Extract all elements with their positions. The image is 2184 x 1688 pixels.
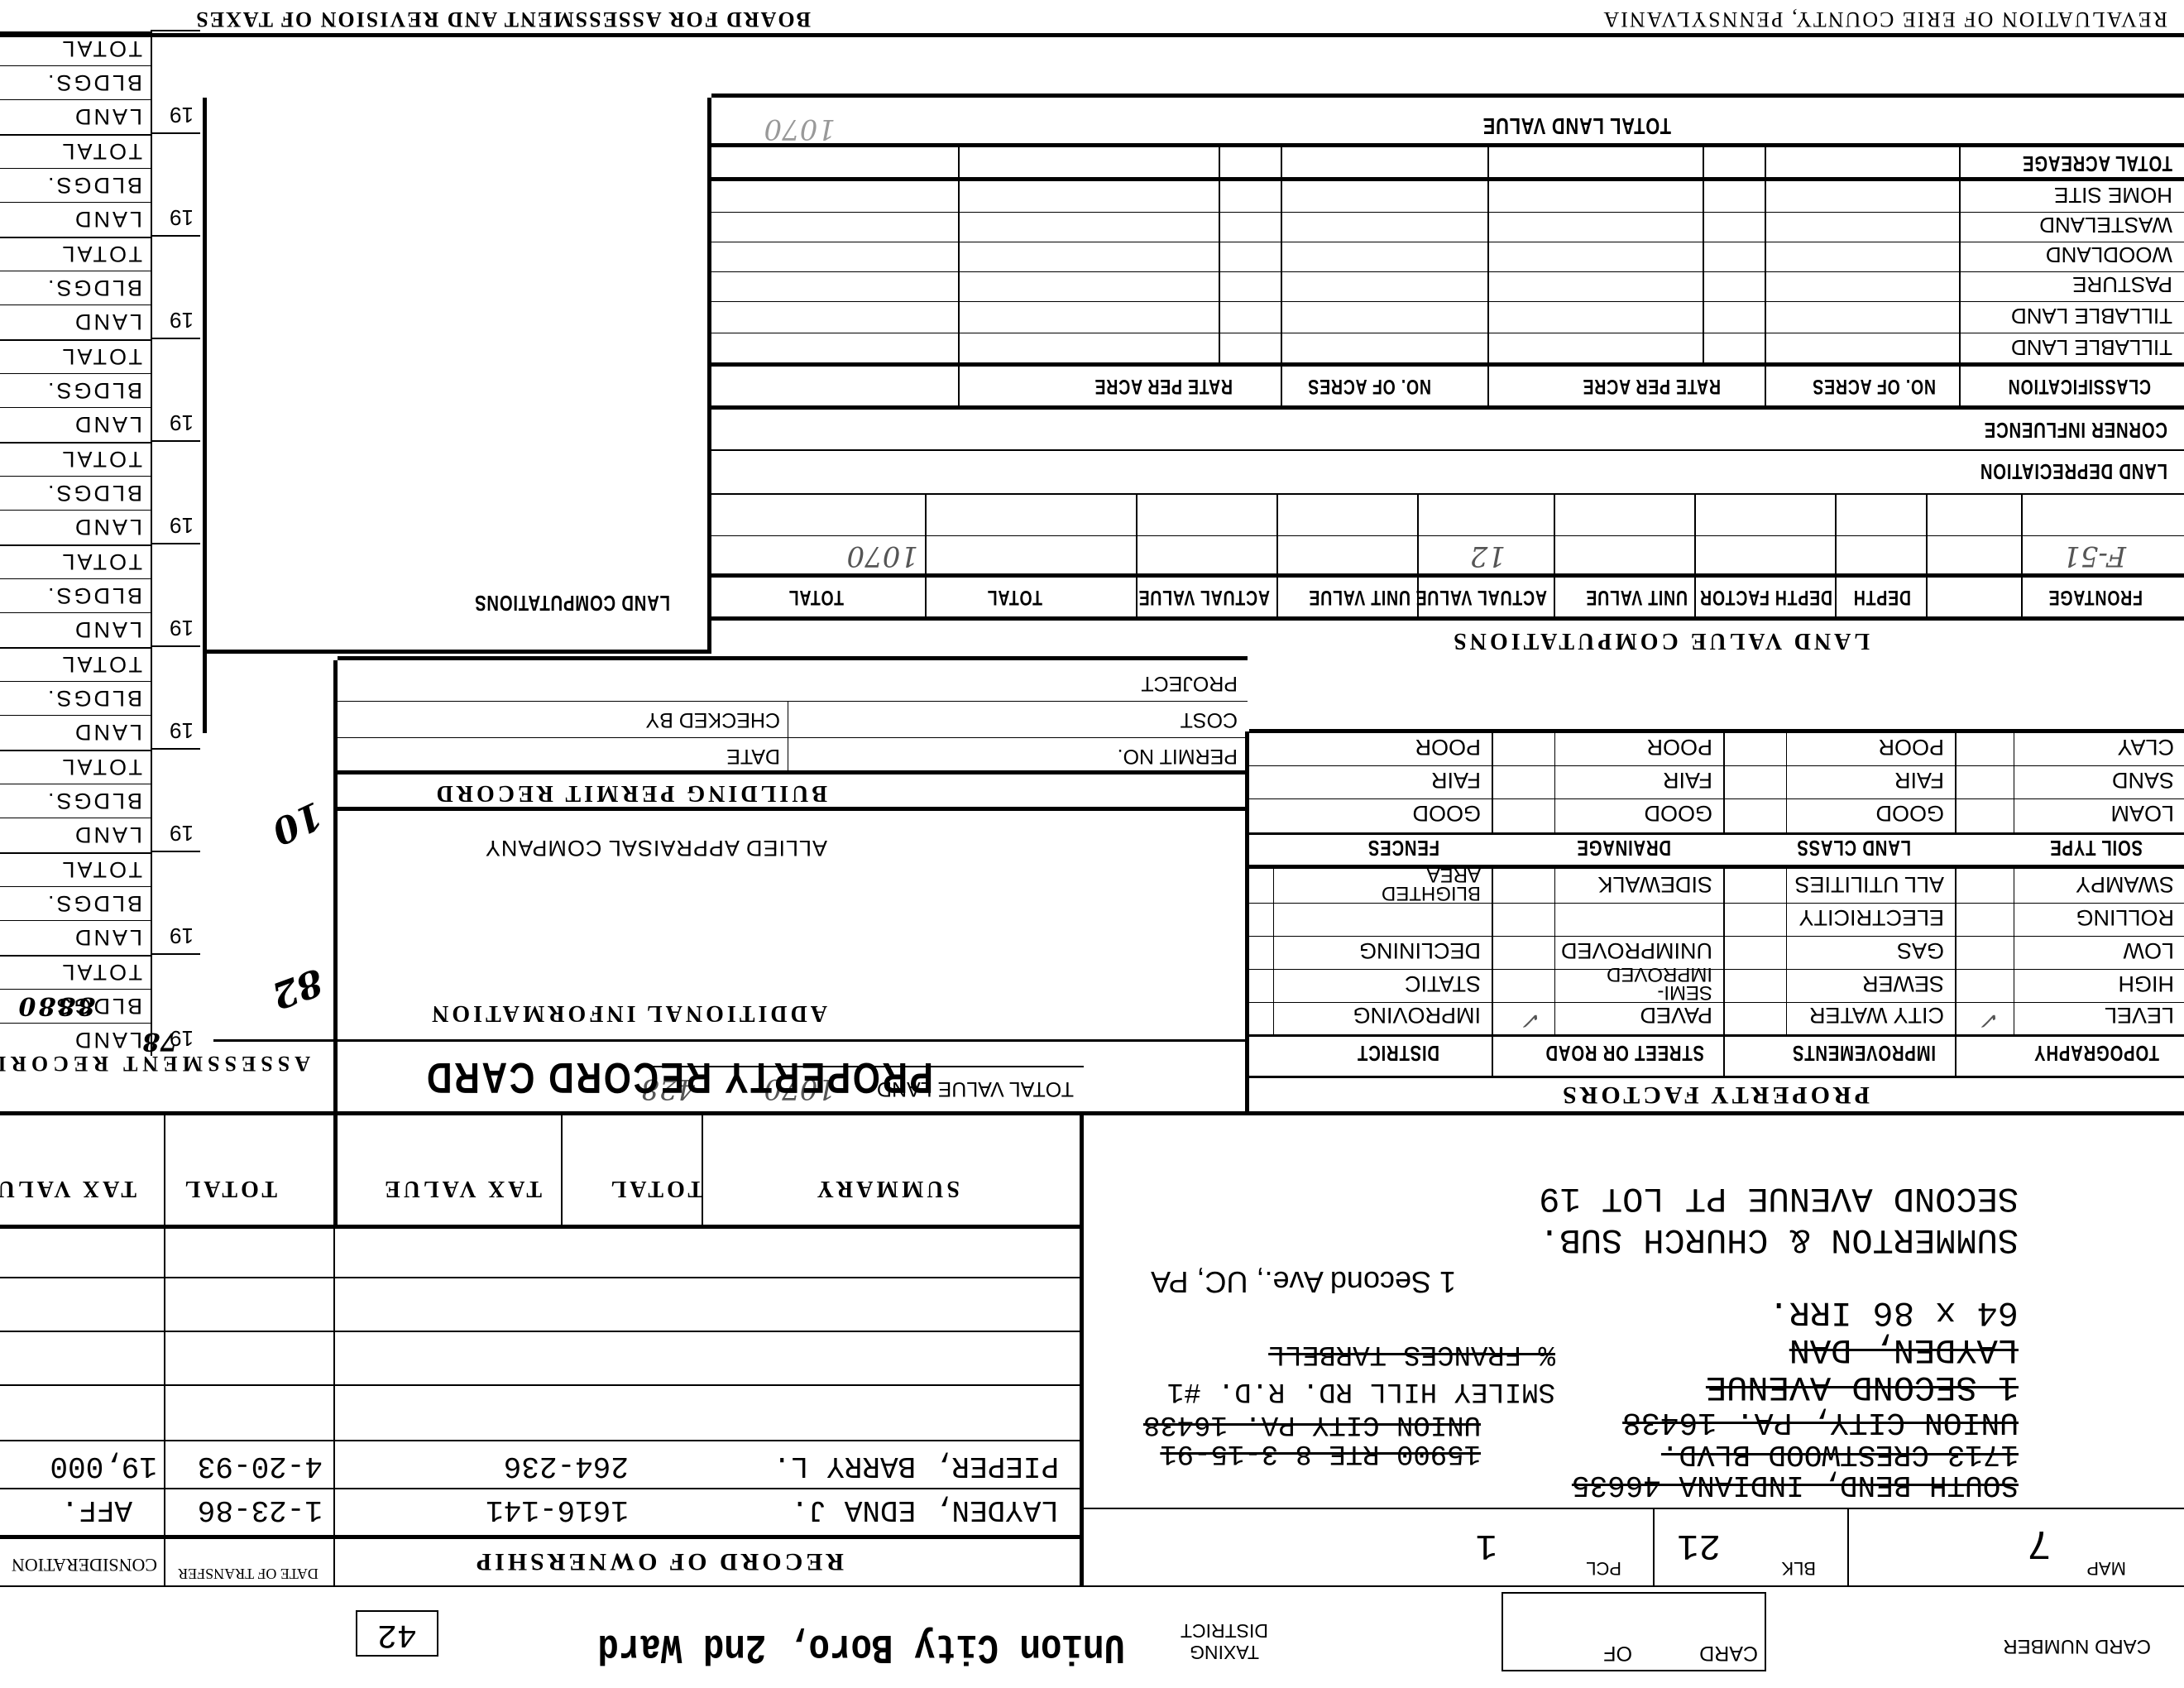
assessment-row: LAND — [0, 920, 151, 953]
assessment-row: LAND — [0, 818, 151, 851]
check-mark-paved: ✓ — [1523, 1007, 1542, 1034]
factor-level[interactable]: LEVEL — [2105, 1002, 2174, 1028]
check-mark-level: ✓ — [1981, 1007, 2000, 1034]
margin-note-82: 82 — [266, 960, 328, 1017]
assessment-row: BLDGS. — [0, 681, 151, 714]
owner-name-line: LAYDEN, DAN — [1789, 1330, 2019, 1369]
year-cell: 19 — [151, 748, 200, 851]
parcel-row: MAP 7 BLK 21 PCL 1 — [1084, 1509, 2184, 1585]
consideration-header: CONSIDERATION — [12, 1554, 157, 1575]
board-header: BOARD FOR ASSESSMENT AND REVISION OF TAX… — [194, 7, 811, 31]
assessment-row: TOTAL — [0, 237, 151, 270]
additional-information-label: ADDITIONAL INFORMATION — [429, 1000, 827, 1026]
factor-city-water[interactable]: CITY WATER — [1809, 1002, 1944, 1028]
permit-project-field[interactable]: PROJECT — [1141, 671, 1238, 695]
lot-size: 64 x 86 IRR. — [1769, 1292, 2019, 1332]
alt-city-line: UNION CITY PA. 16438 — [1143, 1408, 1481, 1440]
assessment-row: TOTAL — [0, 750, 151, 783]
assessment-row: LAND — [0, 99, 151, 132]
owner-row-2-date: 4-20-93 — [198, 1449, 323, 1483]
acreage-total: TOTAL ACREAGE — [2022, 151, 2172, 176]
year-cell: 19 78 — [151, 953, 200, 1056]
assessment-row: BLDGS. — [0, 373, 151, 406]
factor-blighted-area[interactable]: BLIGHTED AREA — [1332, 866, 1481, 902]
factor-low[interactable]: LOW — [2123, 938, 2174, 963]
assessment-row: LAND — [0, 510, 151, 543]
blk-label: BLK — [1781, 1557, 1816, 1579]
owner-row-1-date: 1-23-86 — [198, 1493, 323, 1527]
land-depreciation-label: LAND DEPRECIATION — [1980, 458, 2167, 484]
assessment-row: BLDGS. — [0, 476, 151, 509]
factor-improving[interactable]: IMPROVING — [1353, 1002, 1481, 1028]
soil-header: SOIL TYPE LAND CLASS DRAINAGE FENCES — [1249, 832, 2184, 867]
of-label: OF — [1603, 1641, 1632, 1665]
situs-address: 1 Second Ave., UC, PA — [1151, 1264, 1456, 1299]
property-record-card-title-bar: PROPERTY RECORD CARD — [213, 1039, 1248, 1114]
assessment-row: TOTAL — [0, 852, 151, 885]
map-value: 7 — [2027, 1518, 2052, 1566]
acreage-header: CLASSIFICATION NO. OF ACRES RATE PER ACR… — [711, 367, 2184, 408]
acreage-woodland: WOODLAND — [2046, 242, 2172, 267]
owner-row-2-book: 264-236 — [504, 1449, 629, 1483]
year-cell: 19 — [151, 543, 200, 645]
assessment-groups: 19LANDBLDGS.TOTAL19LANDBLDGS.TOTAL19LAND… — [0, 26, 200, 953]
factor-sewer[interactable]: SEWER — [1862, 971, 1944, 996]
factor-semi-improved[interactable]: SEMI-IMPROVED — [1555, 965, 1712, 1001]
year-cell: 19 — [151, 338, 200, 440]
property-record-card-title: PROPERTY RECORD CARD — [424, 1053, 933, 1102]
factor-static[interactable]: STATIC — [1405, 971, 1481, 996]
card-number-label: CARD NUMBER — [2003, 1635, 2151, 1657]
assessment-row: TOTAL — [0, 339, 151, 372]
land-class-good[interactable]: GOOD — [1875, 800, 1944, 826]
pcl-value: 1 — [1476, 1524, 1497, 1566]
owner-row-1-consideration: AFF. — [61, 1493, 132, 1527]
drainage-fair[interactable]: FAIR — [1663, 767, 1712, 793]
building-permit-title: BUILDING PERMIT RECORD — [433, 779, 827, 806]
permit-cost-field[interactable]: COST — [1181, 707, 1238, 731]
soil-loam[interactable]: LOAM — [2110, 800, 2174, 826]
assessment-row: TOTAL — [0, 442, 151, 475]
permit-no-field[interactable]: PERMIT NO. — [1118, 744, 1238, 768]
land-value-header: FRONTAGE DEPTH DEPTH FACTOR UNIT VALUE A… — [711, 578, 2184, 619]
assessment-row: LAND — [0, 305, 151, 338]
land-total-value[interactable]: 1070 — [846, 539, 918, 573]
card-label: CARD — [1699, 1641, 1758, 1665]
summary-tax-value-header-2: TAX VALUE — [0, 1175, 136, 1201]
taxing-district-value: Union City Boro, 2nd Ward — [597, 1623, 1125, 1670]
factor-rolling[interactable]: ROLLING — [2076, 904, 2174, 930]
assessment-row: LAND — [0, 612, 151, 645]
assessment-row: BLDGS. — [0, 886, 151, 919]
factor-high[interactable]: HIGH — [2119, 971, 2175, 996]
divider — [0, 1585, 2184, 1587]
taxing-district-label: TAXING DISTRICT — [1175, 1620, 1274, 1663]
factor-all-utilities[interactable]: ALL UTILITIES — [1794, 871, 1944, 897]
land-computations-label: LAND COMPUTATIONS — [474, 590, 670, 616]
owner-old-city: SOUTH BEND, INDIANA 46635 — [1572, 1468, 2019, 1502]
factor-swampy[interactable]: SWAMPY — [2076, 871, 2174, 897]
fences-fair[interactable]: FAIR — [1431, 767, 1481, 793]
factor-electricity[interactable]: ELECTRICITY — [1798, 904, 1944, 930]
property-factors-title-bar: PROPERTY FACTORS — [1249, 1076, 2184, 1114]
blk-value: 21 — [1677, 1524, 1721, 1566]
drainage-good[interactable]: GOOD — [1644, 800, 1712, 826]
owner-street-line: 1 SECOND AVENUE — [1706, 1367, 2019, 1407]
alt-rte-line: 15900 RTE 8 3-15-91 — [1160, 1437, 1481, 1469]
actual-value-1[interactable]: 12 — [1470, 539, 1506, 573]
appraiser-name: ALLIED APPRAISAL COMPANY — [485, 835, 827, 861]
rd-line: SMILEY HILL RD. R.D. #1 — [1167, 1375, 1555, 1407]
owner-old-street: 1713 CRESTWOOD BLVD. — [1661, 1437, 2019, 1471]
assessment-row: TOTAL — [0, 134, 151, 167]
fences-good[interactable]: GOOD — [1412, 800, 1481, 826]
building-permit-grid: PERMIT NO. DATE COST CHECKED BY PROJECT — [338, 657, 1248, 773]
acreage-wasteland: WASTELAND — [2039, 212, 2172, 237]
record-of-ownership-title: RECORD OF OWNERSHIP — [473, 1547, 844, 1575]
assessment-row: LAND — [0, 715, 151, 748]
property-factors-grid: LEVEL CITY WATER PAVED IMPROVING ✓ ✓ HIG… — [1249, 869, 2184, 1034]
summary-total-header: TOTAL — [608, 1175, 703, 1201]
frontage-value[interactable]: F-51 — [2062, 539, 2126, 573]
box-number: 42 — [356, 1610, 438, 1657]
summary-total-header-2: TOTAL — [182, 1175, 277, 1201]
soil-grid: LOAM GOOD GOOD GOOD SAND FAIR FAIR FAIR … — [1249, 733, 2184, 832]
assessment-row: TOTAL — [0, 544, 151, 578]
assessment-row: BLDGS. — [0, 578, 151, 611]
summary-header: SUMMARY — [814, 1175, 960, 1201]
assessment-row: BLDGS. — [0, 271, 151, 304]
permit-date-field[interactable]: DATE — [726, 744, 780, 768]
summary-tax-value-header: TAX VALUE — [381, 1175, 542, 1201]
factor-gas[interactable]: GAS — [1897, 938, 1944, 963]
property-record-card: CARD NUMBER CARD OF TAXING DISTRICT Unio… — [0, 0, 2184, 1688]
acreage-rows: TILLABLE LAND TILLABLE LAND PASTURE WOOD… — [711, 150, 2184, 365]
care-of-line: % FRANCES TARBELL — [1268, 1338, 1555, 1369]
owner-city-line: UNION CITY, PA. 16438 — [1622, 1404, 2019, 1440]
pcl-label: PCL — [1586, 1557, 1621, 1579]
year-cell: 19 — [151, 132, 200, 235]
land-class-fair[interactable]: FAIR — [1894, 767, 1944, 793]
acreage-tillable-1: TILLABLE LAND — [2011, 334, 2172, 360]
total-land-value: 1070 — [764, 113, 836, 146]
factor-sidewalk[interactable]: SIDEWALK — [1597, 871, 1712, 897]
owner-row-2-consideration: 19,000 — [50, 1449, 157, 1483]
assessment-row: TOTAL — [0, 647, 151, 680]
year-cell: 19 — [151, 851, 200, 953]
legal-line-2: SUMMERTON & CHURCH SUB. — [1539, 1221, 2019, 1258]
legal-line-1: SECOND AVENUE PT LOT 19 — [1539, 1178, 2019, 1218]
property-factors-title: PROPERTY FACTORS — [1559, 1081, 1870, 1109]
land-value-rows: F-51 12 1070 — [711, 493, 2184, 576]
land-class-poor[interactable]: POOR — [1878, 734, 1944, 760]
factor-declining[interactable]: DECLINING — [1359, 938, 1481, 963]
legal-description: SUMMERTON & CHURCH SUB. — [1539, 1221, 2019, 1258]
property-factors-header: TOPOGRAPHY IMPROVEMENTS STREET OR ROAD D… — [1249, 1034, 2184, 1076]
acreage-home-site: HOME SITE — [2054, 182, 2172, 208]
factor-unimproved[interactable]: UNIMPROVED — [1561, 938, 1712, 963]
acreage-tillable-2: TILLABLE LAND — [2011, 303, 2172, 328]
assessment-row: BLDGS. — [0, 784, 151, 817]
assessment-row: BLDGS. — [0, 65, 151, 98]
year-cell: 19 — [151, 30, 200, 132]
acreage-pasture: PASTURE — [2072, 271, 2172, 297]
soil-sand[interactable]: SAND — [2112, 767, 2174, 793]
owner-row-2-name: PIEPER, BARRY L. — [773, 1449, 1059, 1483]
owner-row-1-book: 1616-141 — [486, 1493, 629, 1527]
year-cell: 19 — [151, 235, 200, 338]
revaluation-header: REVALUATION OF ERIE COUNTY, PENNSYLVANIA — [1602, 7, 2167, 31]
fences-poor[interactable]: POOR — [1415, 734, 1481, 760]
land-value-computations-title: LAND VALUE COMPUTATIONS — [1450, 627, 1870, 654]
assessment-row: LAND — [0, 407, 151, 440]
factor-paved[interactable]: PAVED — [1640, 1002, 1712, 1028]
total-land-value-label: TOTAL LAND VALUE — [1482, 113, 1671, 139]
year-cell: 19 — [151, 645, 200, 748]
card-of-box[interactable]: CARD OF — [1501, 1592, 1766, 1671]
map-label: MAP — [2086, 1557, 2126, 1579]
date-of-transfer-header: DATE OF TRANSFER — [174, 1566, 323, 1582]
drainage-poor[interactable]: POOR — [1646, 734, 1712, 760]
year-cell: 19 — [151, 440, 200, 543]
owner-row-1-name: LAYDEN, EDNA J. — [791, 1493, 1059, 1527]
permit-checked-by-field[interactable]: CHECKED BY — [645, 707, 780, 731]
corner-influence-label: CORNER INFLUENCE — [1984, 417, 2167, 443]
soil-clay[interactable]: CLAY — [2117, 734, 2174, 760]
assessment-row: BLDGS. — [0, 168, 151, 201]
margin-note-10: 10 — [266, 793, 329, 852]
assessment-row: LAND — [0, 202, 151, 235]
